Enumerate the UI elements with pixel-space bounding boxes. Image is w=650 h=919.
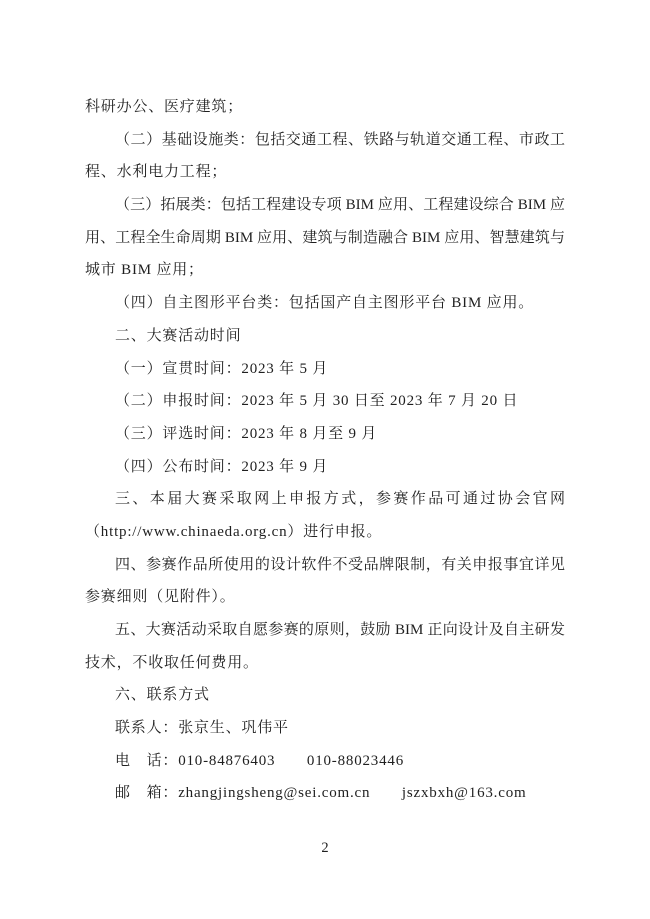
doc-line-contact-email: 邮 箱：zhangjingsheng@sei.com.cn jszxbxh@16…: [85, 777, 565, 810]
doc-line-section-3: 三、本届大赛采取网上申报方式，参赛作品可通过协会官网: [85, 483, 565, 516]
doc-line-section-5: 五、大赛活动采取自愿参赛的原则，鼓励 BIM 正向设计及自主研发: [85, 614, 565, 647]
page-number: 2: [0, 838, 650, 858]
doc-line-category-2-cont: 程、水利电力工程；: [85, 156, 565, 189]
doc-line-time-1: （一）宣贯时间：2023 年 5 月: [85, 353, 565, 386]
doc-line-category-4: （四）自主图形平台类：包括国产自主图形平台 BIM 应用。: [85, 287, 565, 320]
doc-line-category-3: （三）拓展类：包括工程建设专项 BIM 应用、工程建设综合 BIM 应: [85, 189, 565, 222]
doc-line-category-3-cont2: 城市 BIM 应用；: [85, 254, 565, 287]
doc-line-contact-phone: 电 话：010-84876403 010-88023446: [85, 745, 565, 778]
document-page: 科研办公、医疗建筑； （二）基础设施类：包括交通工程、铁路与轨道交通工程、市政工…: [0, 0, 650, 919]
doc-line-section-5-cont: 技术，不收取任何费用。: [85, 647, 565, 680]
document-body: 科研办公、医疗建筑； （二）基础设施类：包括交通工程、铁路与轨道交通工程、市政工…: [85, 91, 565, 810]
doc-line-category-2: （二）基础设施类：包括交通工程、铁路与轨道交通工程、市政工: [85, 124, 565, 157]
doc-line-contact-person: 联系人：张京生、巩伟平: [85, 712, 565, 745]
doc-line-section-3-url: （http://www.chinaeda.org.cn）进行申报。: [85, 516, 565, 549]
doc-line-section-6-heading: 六、联系方式: [85, 679, 565, 712]
doc-line-section-4: 四、参赛作品所使用的设计软件不受品牌限制，有关申报事宜详见: [85, 549, 565, 582]
doc-line-time-3: （三）评选时间：2023 年 8 月至 9 月: [85, 418, 565, 451]
doc-line-section-2-heading: 二、大赛活动时间: [85, 320, 565, 353]
doc-line-category-3-cont1: 用、工程全生命周期 BIM 应用、建筑与制造融合 BIM 应用、智慧建筑与: [85, 222, 565, 255]
doc-line-section-4-cont: 参赛细则（见附件）。: [85, 581, 565, 614]
doc-line-time-2: （二）申报时间：2023 年 5 月 30 日至 2023 年 7 月 20 日: [85, 385, 565, 418]
doc-line-time-4: （四）公布时间：2023 年 9 月: [85, 451, 565, 484]
doc-line-continuation: 科研办公、医疗建筑；: [85, 91, 565, 124]
